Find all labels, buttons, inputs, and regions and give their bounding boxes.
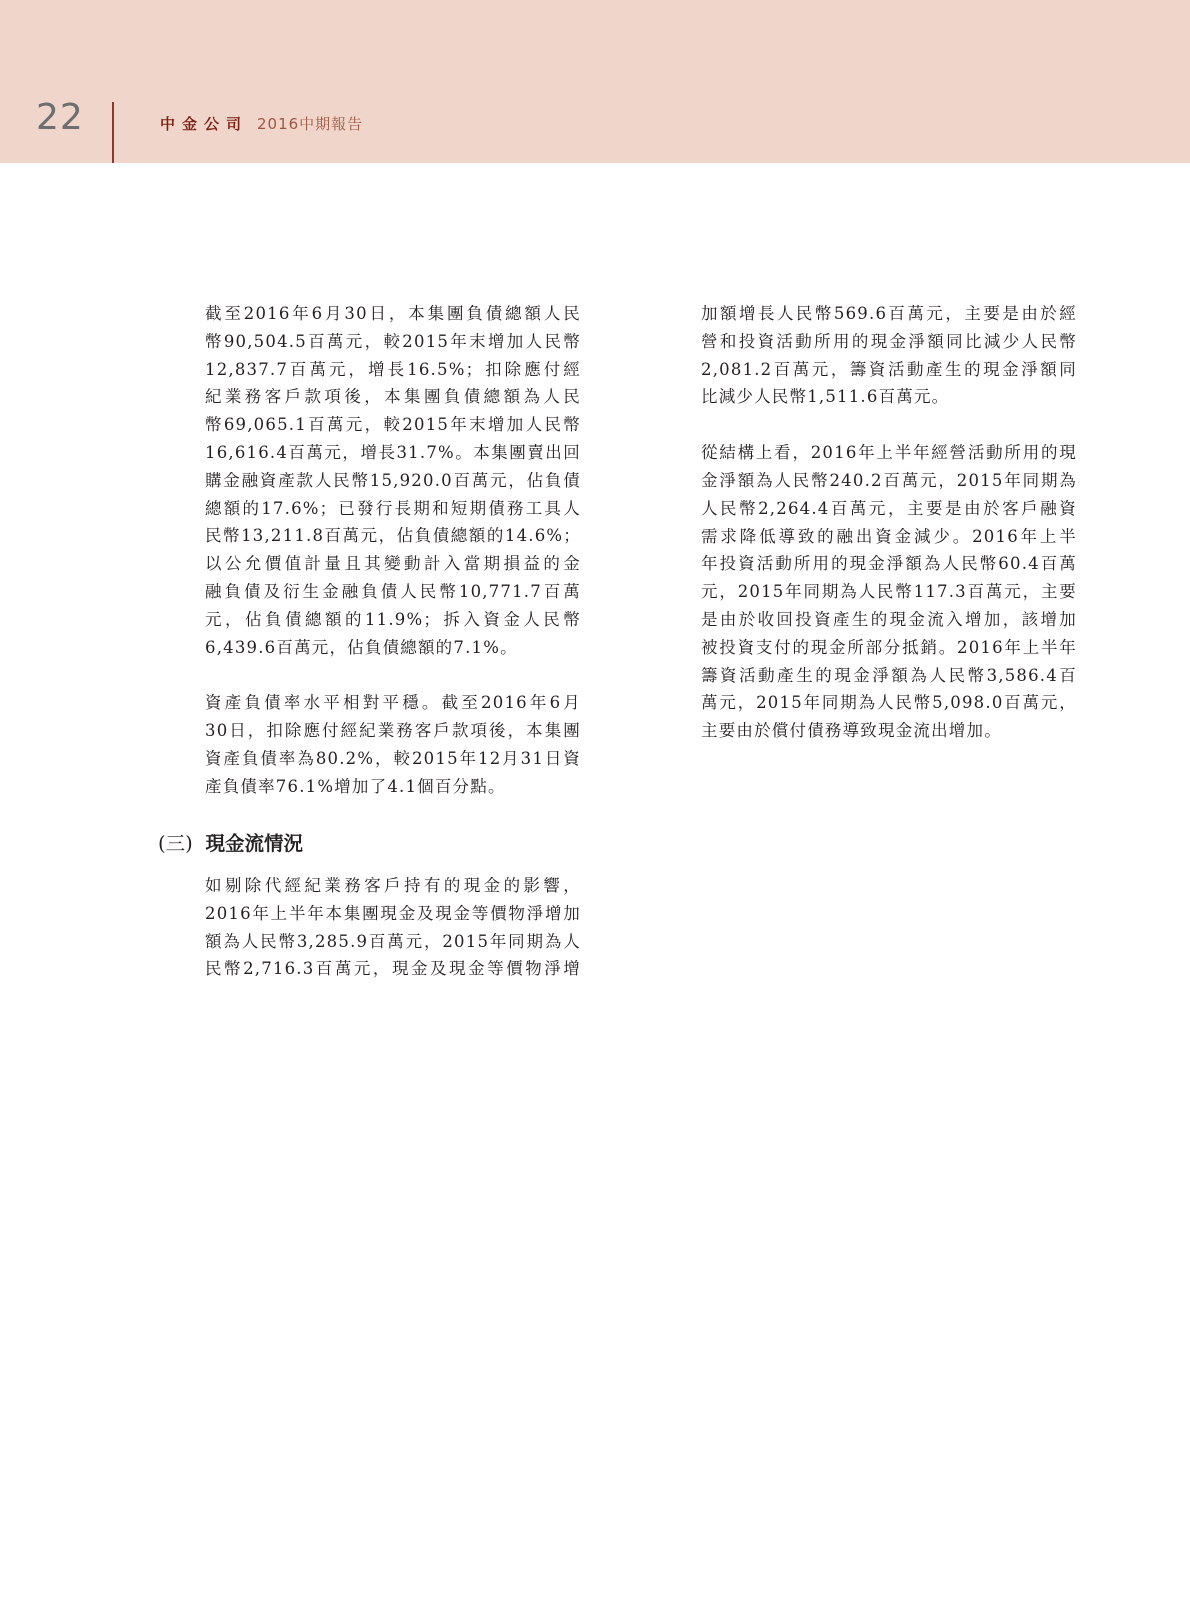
text-line: 比減少人民幣1,511.6百萬元。 xyxy=(701,383,1077,411)
section-title: 現金流情況 xyxy=(206,832,304,855)
text-line: 2016年上半年本集團現金及現金等價物淨增加 xyxy=(205,900,581,928)
text-line: 總額的17.6%；已發行長期和短期債務工具人 xyxy=(205,495,581,523)
text-line: 加額增長人民幣569.6百萬元，主要是由於經 xyxy=(701,300,1077,328)
text-line: 幣69,065.1百萬元，較2015年末增加人民幣 xyxy=(205,411,581,439)
section-heading-cash-flow: (三) 現金流情況 xyxy=(158,830,303,858)
text-line: 元，2015年同期為人民幣117.3百萬元，主要 xyxy=(701,578,1077,606)
text-line: 籌資活動產生的現金淨額為人民幣3,586.4百 xyxy=(701,662,1077,690)
text-line: 營和投資活動所用的現金淨額同比減少人民幣 xyxy=(701,328,1077,356)
text-line: 如剔除代經紀業務客戶持有的現金的影響， xyxy=(205,872,581,900)
text-line: 資產負債率為80.2%，較2015年12月31日資 xyxy=(205,745,581,773)
text-line: 紀業務客戶款項後，本集團負債總額為人民 xyxy=(205,383,581,411)
text-line: 是由於收回投資產生的現金流入增加，該增加 xyxy=(701,606,1077,634)
paragraph-cash-flow-intro: 如剔除代經紀業務客戶持有的現金的影響， 2016年上半年本集團現金及現金等價物淨… xyxy=(205,872,581,983)
paragraph-liabilities: 截至2016年6月30日，本集團負債總額人民 幣90,504.5百萬元，較201… xyxy=(205,300,581,661)
text-line: 人民幣2,264.4百萬元，主要是由於客戶融資 xyxy=(701,495,1077,523)
right-column: 加額增長人民幣569.6百萬元，主要是由於經 營和投資活動所用的現金淨額同比減少… xyxy=(701,300,1077,773)
text-line: 以公允價值計量且其變動計入當期損益的金 xyxy=(205,550,581,578)
text-line: 融負債及衍生金融負債人民幣10,771.7百萬 xyxy=(205,578,581,606)
text-line: 萬元，2015年同期為人民幣5,098.0百萬元， xyxy=(701,689,1077,717)
paragraph-cash-increase: 加額增長人民幣569.6百萬元，主要是由於經 營和投資活動所用的現金淨額同比減少… xyxy=(701,300,1077,411)
text-line: 截至2016年6月30日，本集團負債總額人民 xyxy=(205,300,581,328)
left-column: 截至2016年6月30日，本集團負債總額人民 幣90,504.5百萬元，較201… xyxy=(205,300,581,829)
text-line: 需求降低導致的融出資金減少。2016年上半 xyxy=(701,523,1077,551)
text-line: 民幣13,211.8百萬元，佔負債總額的14.6%； xyxy=(205,522,581,550)
brand-name: 中金公司 xyxy=(160,112,248,136)
text-line: 幣90,504.5百萬元，較2015年末增加人民幣 xyxy=(205,328,581,356)
text-line: 主要由於償付債務導致現金流出增加。 xyxy=(701,717,1077,745)
text-line: 從結構上看，2016年上半年經營活動所用的現 xyxy=(701,439,1077,467)
text-line: 2,081.2百萬元，籌資活動產生的現金淨額同 xyxy=(701,356,1077,384)
text-line: 12,837.7百萬元，增長16.5%；扣除應付經 xyxy=(205,356,581,384)
section-body: 如剔除代經紀業務客戶持有的現金的影響， 2016年上半年本集團現金及現金等價物淨… xyxy=(205,872,581,1011)
page-number: 22 xyxy=(36,96,84,140)
text-line: 資產負債率水平相對平穩。截至2016年6月 xyxy=(205,689,581,717)
text-line: 6,439.6百萬元，佔負債總額的7.1%。 xyxy=(205,634,581,662)
header-band: 22 中金公司 2016中期報告 xyxy=(0,0,1190,163)
text-line: 元，佔負債總額的11.9%；拆入資金人民幣 xyxy=(205,606,581,634)
text-line: 購金融資產款人民幣15,920.0百萬元，佔負債 xyxy=(205,467,581,495)
paragraph-gearing-ratio: 資產負債率水平相對平穩。截至2016年6月 30日，扣除應付經紀業務客戶款項後，… xyxy=(205,689,581,800)
section-number: (三) xyxy=(158,832,193,855)
text-line: 額為人民幣3,285.9百萬元，2015年同期為人 xyxy=(205,928,581,956)
text-line: 民幣2,716.3百萬元，現金及現金等價物淨增 xyxy=(205,955,581,983)
text-line: 產負債率76.1%增加了4.1個百分點。 xyxy=(205,773,581,801)
report-title: 2016中期報告 xyxy=(257,112,363,136)
text-line: 被投資支付的現金所部分抵銷。2016年上半年 xyxy=(701,634,1077,662)
text-line: 年投資活動所用的現金淨額為人民幣60.4百萬 xyxy=(701,550,1077,578)
text-line: 30日，扣除應付經紀業務客戶款項後，本集團 xyxy=(205,717,581,745)
text-line: 金淨額為人民幣240.2百萬元，2015年同期為 xyxy=(701,467,1077,495)
text-line: 16,616.4百萬元，增長31.7%。本集團賣出回 xyxy=(205,439,581,467)
paragraph-cash-structure: 從結構上看，2016年上半年經營活動所用的現 金淨額為人民幣240.2百萬元，2… xyxy=(701,439,1077,745)
header-divider xyxy=(112,102,114,163)
